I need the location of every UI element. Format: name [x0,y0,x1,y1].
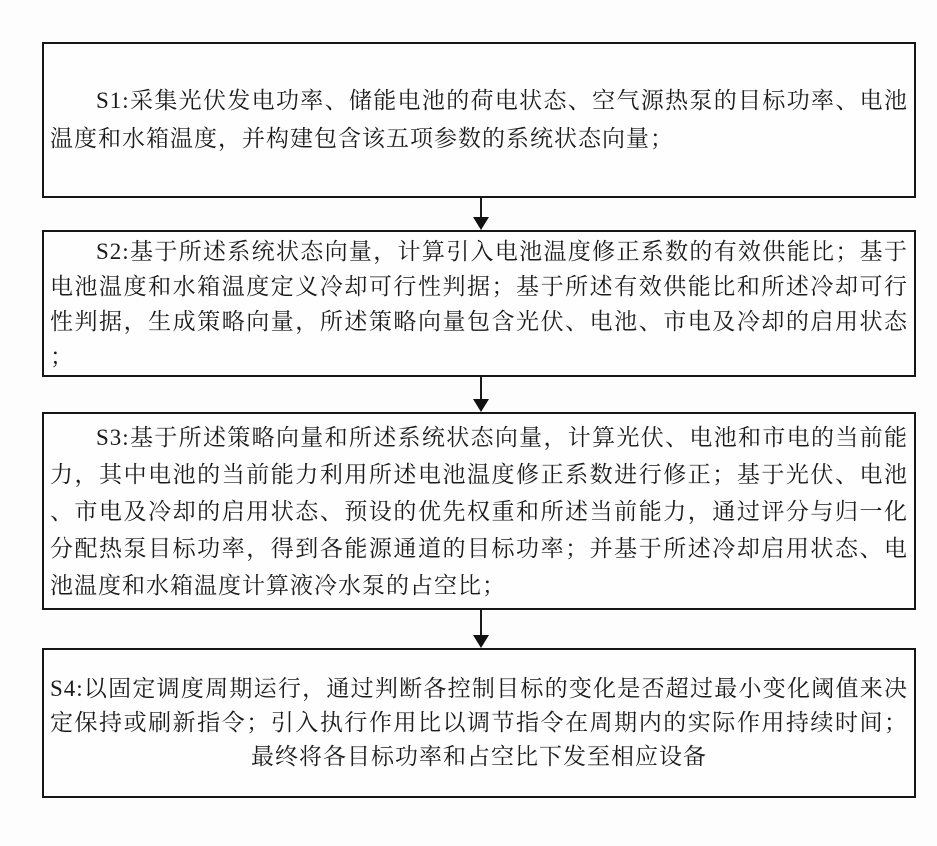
arrow-down-icon [473,635,489,648]
step-text-line: 池温度和水箱温度计算液冷水泵的占空比； [50,567,908,604]
step-text-line: 定保持或刷新指令；引入执行作用比以调节指令在周期内的实际作用持续时间； [50,706,908,740]
step-text-line: 电池温度和水箱温度定义冷却可行性判据；基于所述有效供能比和所述冷却可行 [50,269,908,304]
arrow-line [480,198,482,218]
arrow-down-icon [473,217,489,230]
flowchart-canvas: S1:采集光伏发电功率、储能电池的荷电状态、空气源热泵的目标功率、电池 温度和水… [0,0,937,846]
step-text-line: 性判据，生成策略向量，所述策略向量包含光伏、电池、市电及冷却的启用状态 [50,304,908,339]
flow-arrow-s3-s4 [472,610,490,648]
step-box-s3: S3:基于所述策略向量和所述系统状态向量，计算光伏、电池和市电的当前能 力，其中… [42,412,916,610]
step-box-s4: S4:以固定调度周期运行，通过判断各控制目标的变化是否超过最小变化阈值来决 定保… [42,648,916,798]
step-text-line: 最终将各目标功率和占空比下发至相应设备 [50,740,908,774]
step-text-line: 、市电及冷却的启用状态、预设的优先权重和所述当前能力，通过评分与归一化 [50,493,908,530]
step-box-s2: S2:基于所述系统状态向量，计算引入电池温度修正系数的有效供能比；基于 电池温度… [42,230,916,377]
step-text-line: 分配热泵目标功率，得到各能源通道的目标功率；并基于所述冷却启用状态、电 [50,530,908,567]
step-text-line: S4:以固定调度周期运行，通过判断各控制目标的变化是否超过最小变化阈值来决 [50,672,908,706]
arrow-line [480,610,482,636]
arrow-line [480,377,482,400]
flow-arrow-s1-s2 [472,198,490,230]
step-box-s1: S1:采集光伏发电功率、储能电池的荷电状态、空气源热泵的目标功率、电池 温度和水… [42,42,916,198]
flow-arrow-s2-s3 [472,377,490,412]
arrow-down-icon [473,399,489,412]
step-text-line: S3:基于所述策略向量和所述系统状态向量，计算光伏、电池和市电的当前能 [50,419,908,456]
step-text-line: ； [50,339,908,374]
step-text-line: 温度和水箱温度，并构建包含该五项参数的系统状态向量； [50,120,908,158]
step-text-line: S2:基于所述系统状态向量，计算引入电池温度修正系数的有效供能比；基于 [50,234,908,269]
step-text-line: S1:采集光伏发电功率、储能电池的荷电状态、空气源热泵的目标功率、电池 [50,82,908,120]
step-text-line: 力，其中电池的当前能力利用所述电池温度修正系数进行修正；基于光伏、电池 [50,456,908,493]
